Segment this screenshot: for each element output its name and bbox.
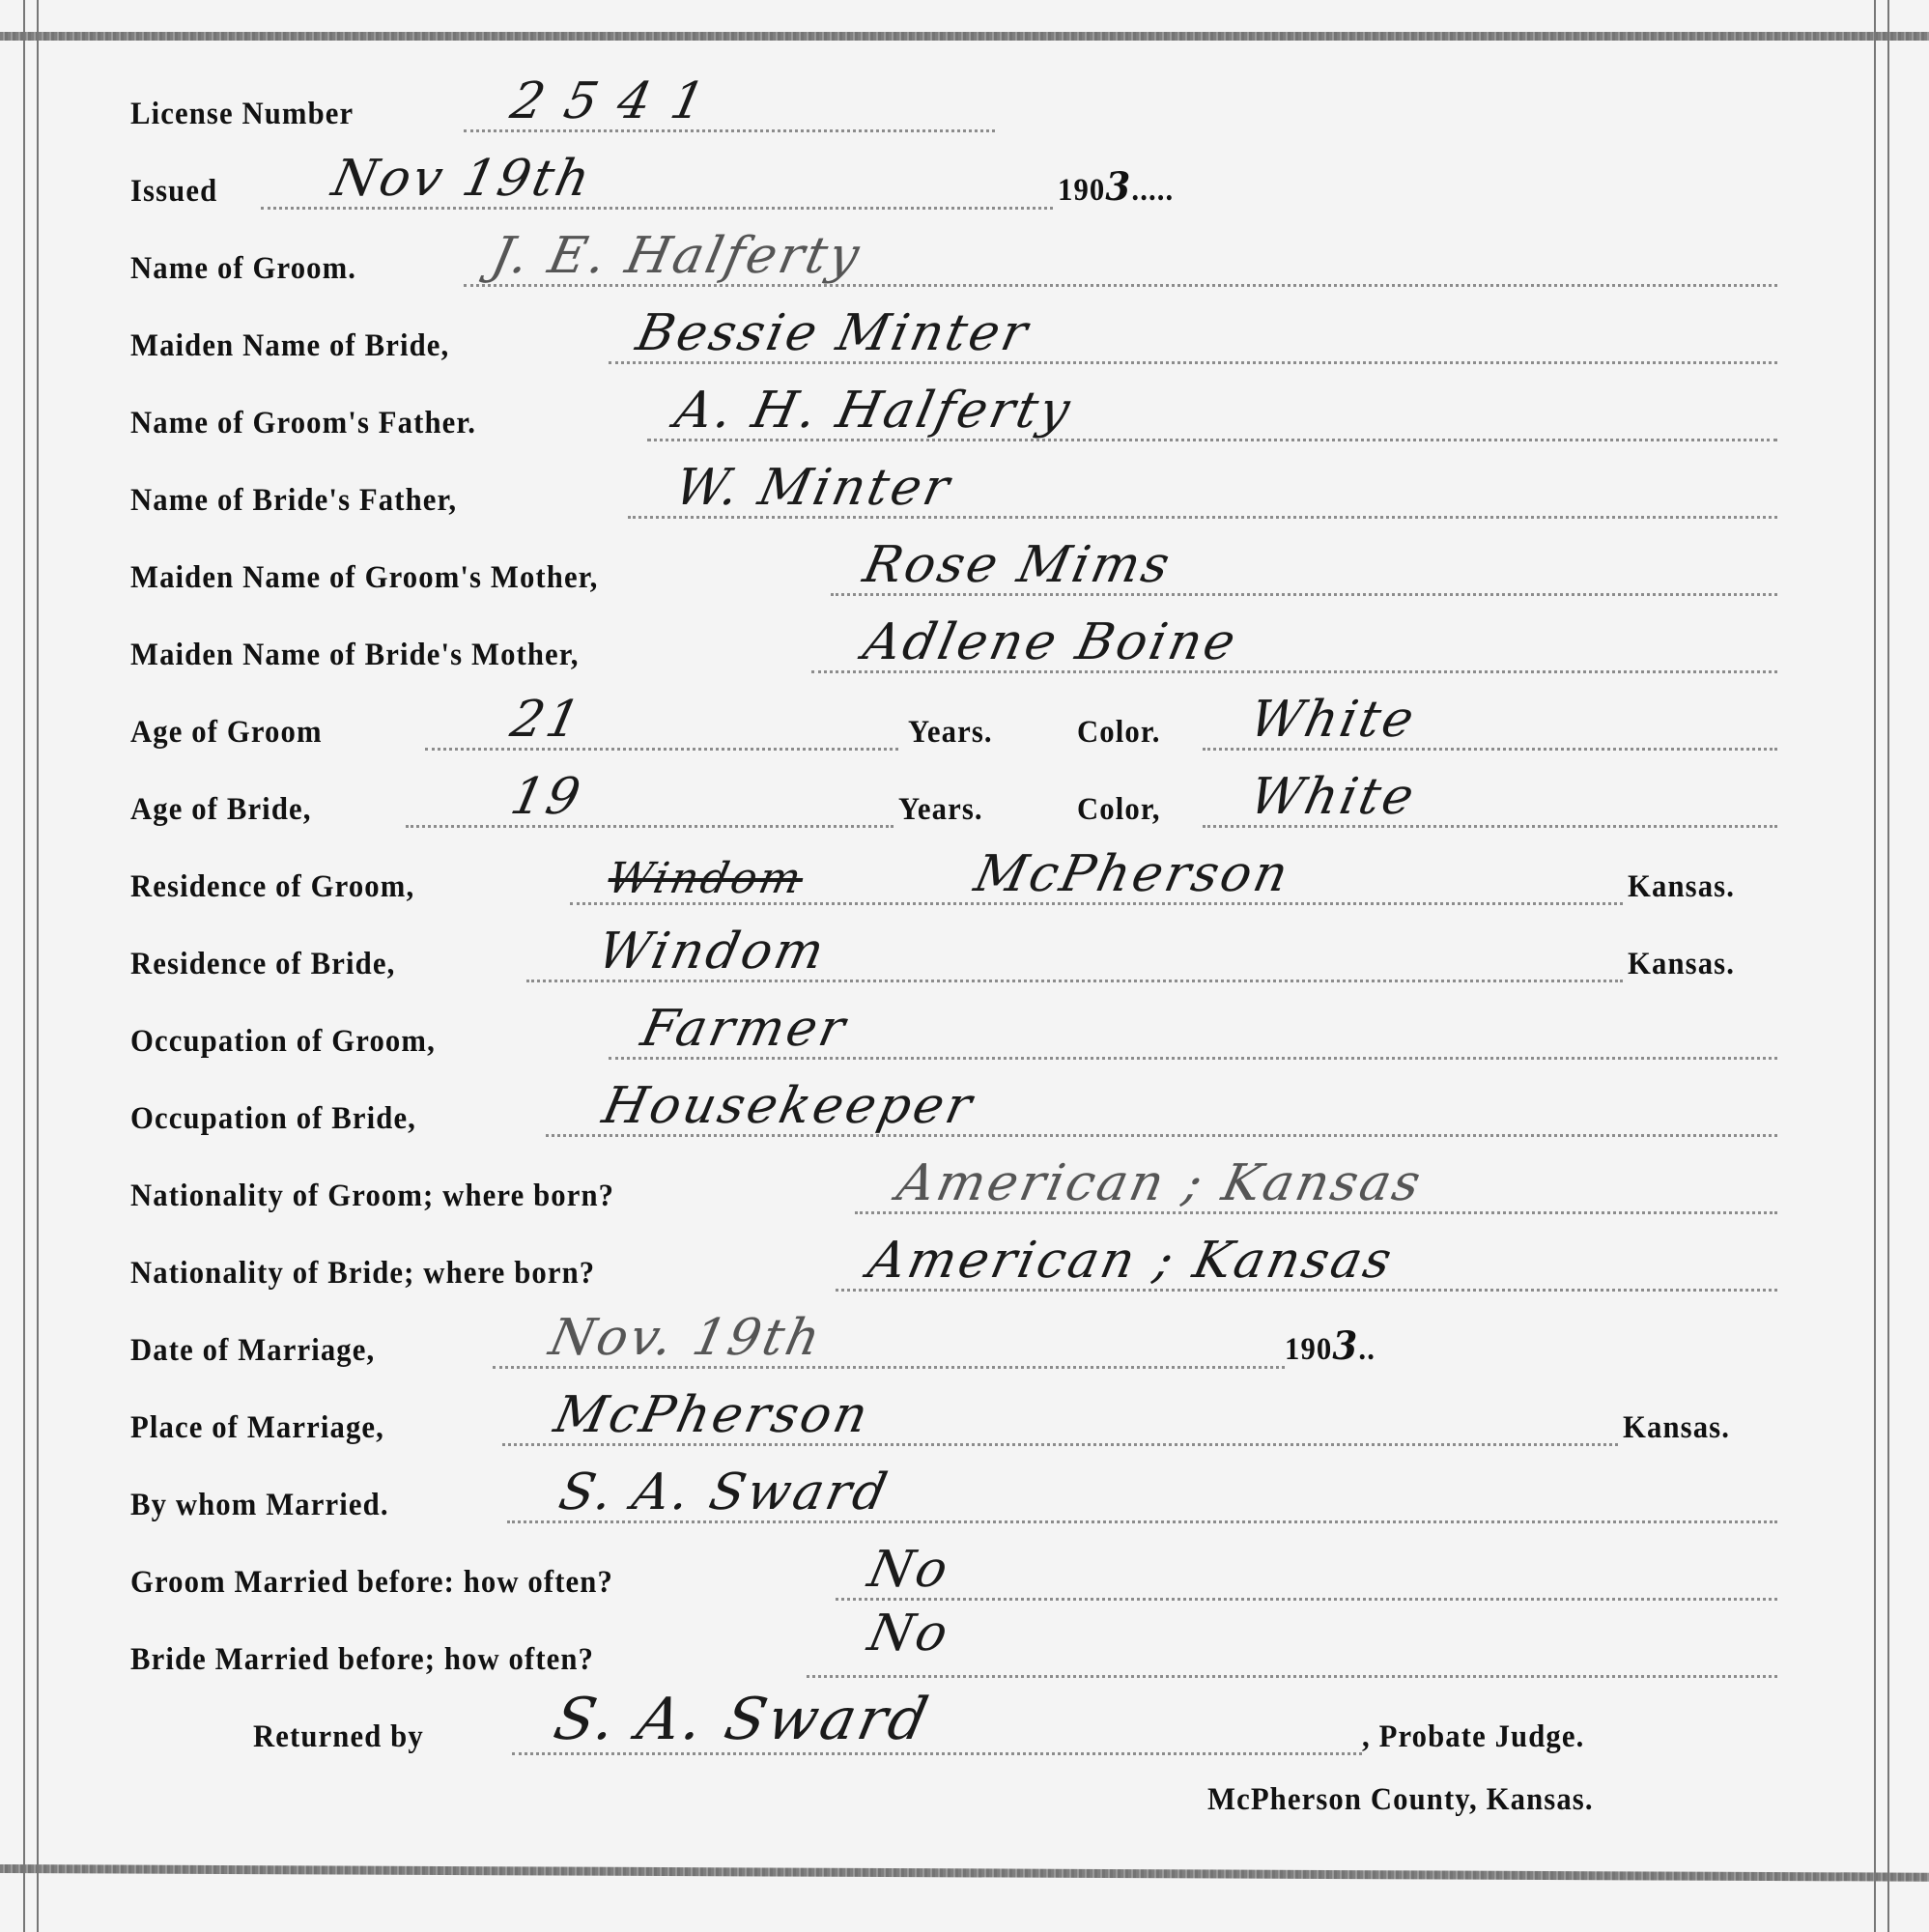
bride-age-row: Age of Bride, 19 Years. Color, White [0,778,1929,836]
groom-married-before-row: Groom Married before: how often? No [0,1550,1929,1608]
bride-occupation-value: Housekeeper [598,1077,979,1135]
county-line: McPherson County, Kansas. [1207,1782,1594,1818]
groom-age-label: Age of Groom [130,715,323,751]
bride-years-label: Years. [898,792,983,828]
returned-by-signature: S. A. Sward [549,1686,937,1753]
bride-name-row: Maiden Name of Bride, Bessie Minter [0,314,1929,372]
marriage-date-label: Date of Marriage, [130,1333,375,1369]
groom-residence-row: Residence of Groom, Windom McPherson Kan… [0,855,1929,913]
groom-name-label: Name of Groom. [130,251,356,287]
returned-by-label: Returned by [253,1719,424,1755]
bride-father-label: Name of Bride's Father, [130,483,457,519]
groom-residence-label: Residence of Groom, [130,869,414,905]
bride-married-before-value: No [864,1605,956,1662]
groom-age-value: 21 [506,691,588,749]
groom-name-row: Name of Groom. J. E. Halferty [0,237,1929,295]
bride-mother-value: Adlene Boine [859,613,1243,671]
bride-residence-state: Kansas. [1628,947,1735,982]
bride-residence-label: Residence of Bride, [130,947,395,982]
license-number-value: 2541 [506,72,731,130]
issued-label: Issued [130,174,217,210]
bride-nationality-label: Nationality of Bride; where born? [130,1256,595,1292]
groom-mother-label: Maiden Name of Groom's Mother, [130,560,598,596]
groom-years-label: Years. [908,715,993,751]
groom-father-label: Name of Groom's Father. [130,406,476,441]
marriage-date-value: Nov. 19th [545,1309,828,1367]
license-number-row: License Number 2541 [0,82,1929,140]
bride-occupation-label: Occupation of Bride, [130,1101,416,1137]
bride-occupation-row: Occupation of Bride, Housekeeper [0,1087,1929,1145]
bride-color-label: Color, [1077,792,1161,828]
license-number-label: License Number [130,97,354,132]
bride-mother-row: Maiden Name of Bride's Mother, Adlene Bo… [0,623,1929,681]
top-border-rule [0,32,1929,41]
groom-nationality-row: Nationality of Groom; where born? Americ… [0,1164,1929,1222]
groom-married-before-value: No [864,1541,956,1599]
issued-year: 1903..... [1058,164,1174,210]
marriage-place-row: Place of Marriage, McPherson Kansas. [0,1396,1929,1454]
groom-mother-value: Rose Mims [859,536,1177,594]
married-by-value: S. A. Sward [554,1463,894,1521]
married-by-label: By whom Married. [130,1488,389,1523]
groom-occupation-value: Farmer [637,1000,853,1058]
bride-residence-value: Windom [593,923,832,980]
groom-residence-state: Kansas. [1628,869,1735,905]
marriage-place-value: McPherson [550,1386,876,1444]
bride-color-value: White [1245,768,1422,826]
groom-father-row: Name of Groom's Father. A. H. Halferty [0,391,1929,449]
groom-occupation-row: Occupation of Groom, Farmer [0,1009,1929,1067]
returned-by-row: Returned by S. A. Sward , Probate Judge. [0,1705,1929,1763]
groom-married-before-label: Groom Married before: how often? [130,1565,613,1601]
groom-residence-struck-value: Windom [604,854,808,903]
probate-judge-title: , Probate Judge. [1362,1719,1584,1755]
groom-mother-row: Maiden Name of Groom's Mother, Rose Mims [0,546,1929,604]
groom-name-value: J. E. Halferty [487,227,867,285]
groom-nationality-value: American ; Kansas [893,1154,1429,1212]
issued-date-value: Nov 19th [327,150,598,208]
bride-nationality-row: Nationality of Bride; where born? Americ… [0,1241,1929,1299]
bride-mother-label: Maiden Name of Bride's Mother, [130,638,580,673]
issued-row: Issued Nov 19th 1903..... [0,159,1929,217]
bride-father-value: W. Minter [670,459,957,517]
groom-nationality-label: Nationality of Groom; where born? [130,1179,614,1214]
bride-age-value: 19 [506,768,588,826]
marriage-place-label: Place of Marriage, [130,1410,384,1446]
marriage-date-row: Date of Marriage, Nov. 19th 1903.. [0,1319,1929,1377]
marriage-year: 1903.. [1285,1323,1376,1369]
bride-father-row: Name of Bride's Father, W. Minter [0,469,1929,526]
bride-married-before-row: Bride Married before; how often? No [0,1628,1929,1686]
married-by-row: By whom Married. S. A. Sward [0,1473,1929,1531]
bride-married-before-label: Bride Married before; how often? [130,1642,594,1678]
marriage-place-state: Kansas. [1623,1410,1730,1446]
bride-name-label: Maiden Name of Bride, [130,328,449,364]
bride-residence-row: Residence of Bride, Windom Kansas. [0,932,1929,990]
groom-residence-value: McPherson [970,845,1296,903]
bride-name-value: Bessie Minter [632,304,1035,362]
groom-age-row: Age of Groom 21 Years. Color. White [0,700,1929,758]
groom-color-label: Color. [1077,715,1161,751]
groom-color-value: White [1245,691,1422,749]
groom-occupation-label: Occupation of Groom, [130,1024,436,1060]
groom-father-value: A. H. Halferty [670,382,1078,440]
bottom-border-rule [0,1864,1929,1882]
bride-age-label: Age of Bride, [130,792,312,828]
bride-nationality-value: American ; Kansas [864,1232,1400,1290]
